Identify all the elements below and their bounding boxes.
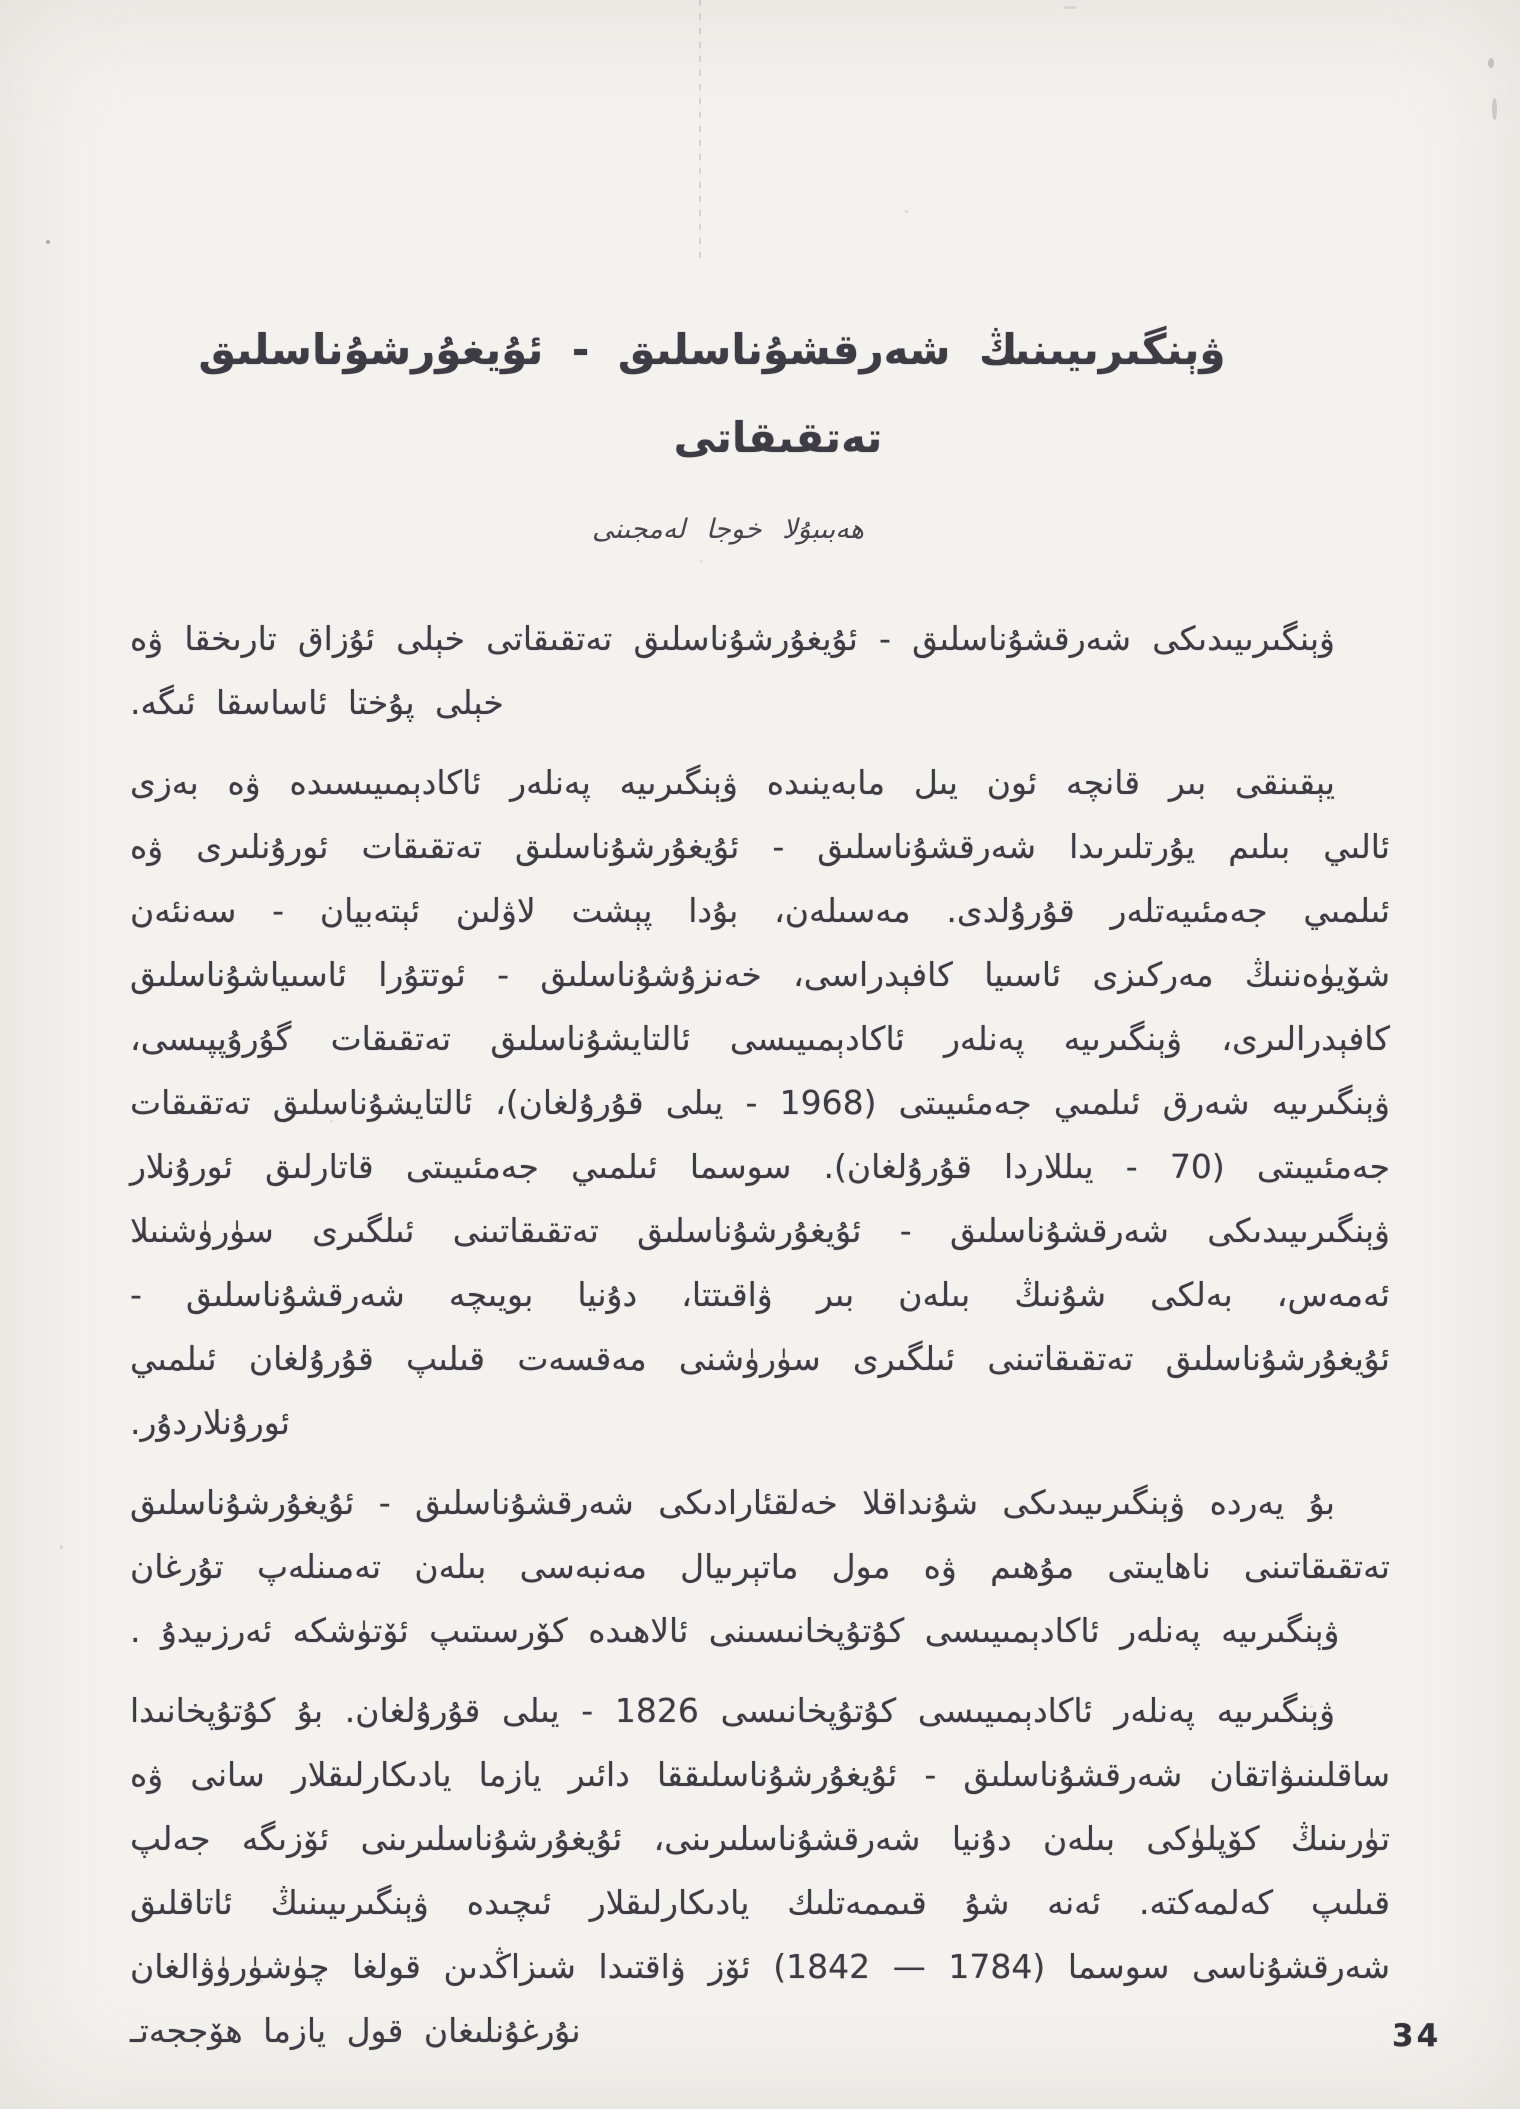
paragraph-1: ۋېنگىرىيىدىكى شەرقشۇناسلىق - ئۇيغۇرشۇناس… bbox=[130, 607, 1390, 735]
author-byline: ھەبىبۇلا خوجا لەمجىنى bbox=[98, 514, 1358, 545]
page-content: ۋېنگىرىيىنىڭ شەرقشۇناسلىق - ئۇيغۇرشۇناسل… bbox=[130, 0, 1390, 2079]
article-title-line-2: تەتقىقاتى bbox=[148, 408, 1408, 468]
article-title-line-1: ۋېنگىرىيىنىڭ شەرقشۇناسلىق - ئۇيغۇرشۇناسل… bbox=[82, 292, 1342, 408]
page-number: 34 bbox=[1392, 2018, 1441, 2054]
paragraph-2: يېقىنقى بىر قانچە ئون يىل مابەينىدە ۋېنگ… bbox=[130, 751, 1390, 1455]
scan-speck bbox=[46, 240, 50, 244]
article-body: ۋېنگىرىيىدىكى شەرقشۇناسلىق - ئۇيغۇرشۇناس… bbox=[130, 607, 1390, 2063]
scan-speck bbox=[1492, 98, 1497, 120]
paragraph-3: بۇ يەردە ۋېنگىرىيىدىكى شۇنداقلا خەلقئارا… bbox=[130, 1471, 1390, 1663]
scan-speck bbox=[60, 1545, 63, 1549]
paragraph-4: ۋېنگىرىيە پەنلەر ئاكادېمىيىسى كۇتۇپخانىس… bbox=[130, 1679, 1390, 2063]
scan-speck bbox=[1488, 58, 1494, 68]
scanned-document-page: ۋېنگىرىيىنىڭ شەرقشۇناسلىق - ئۇيغۇرشۇناسل… bbox=[0, 0, 1520, 2109]
